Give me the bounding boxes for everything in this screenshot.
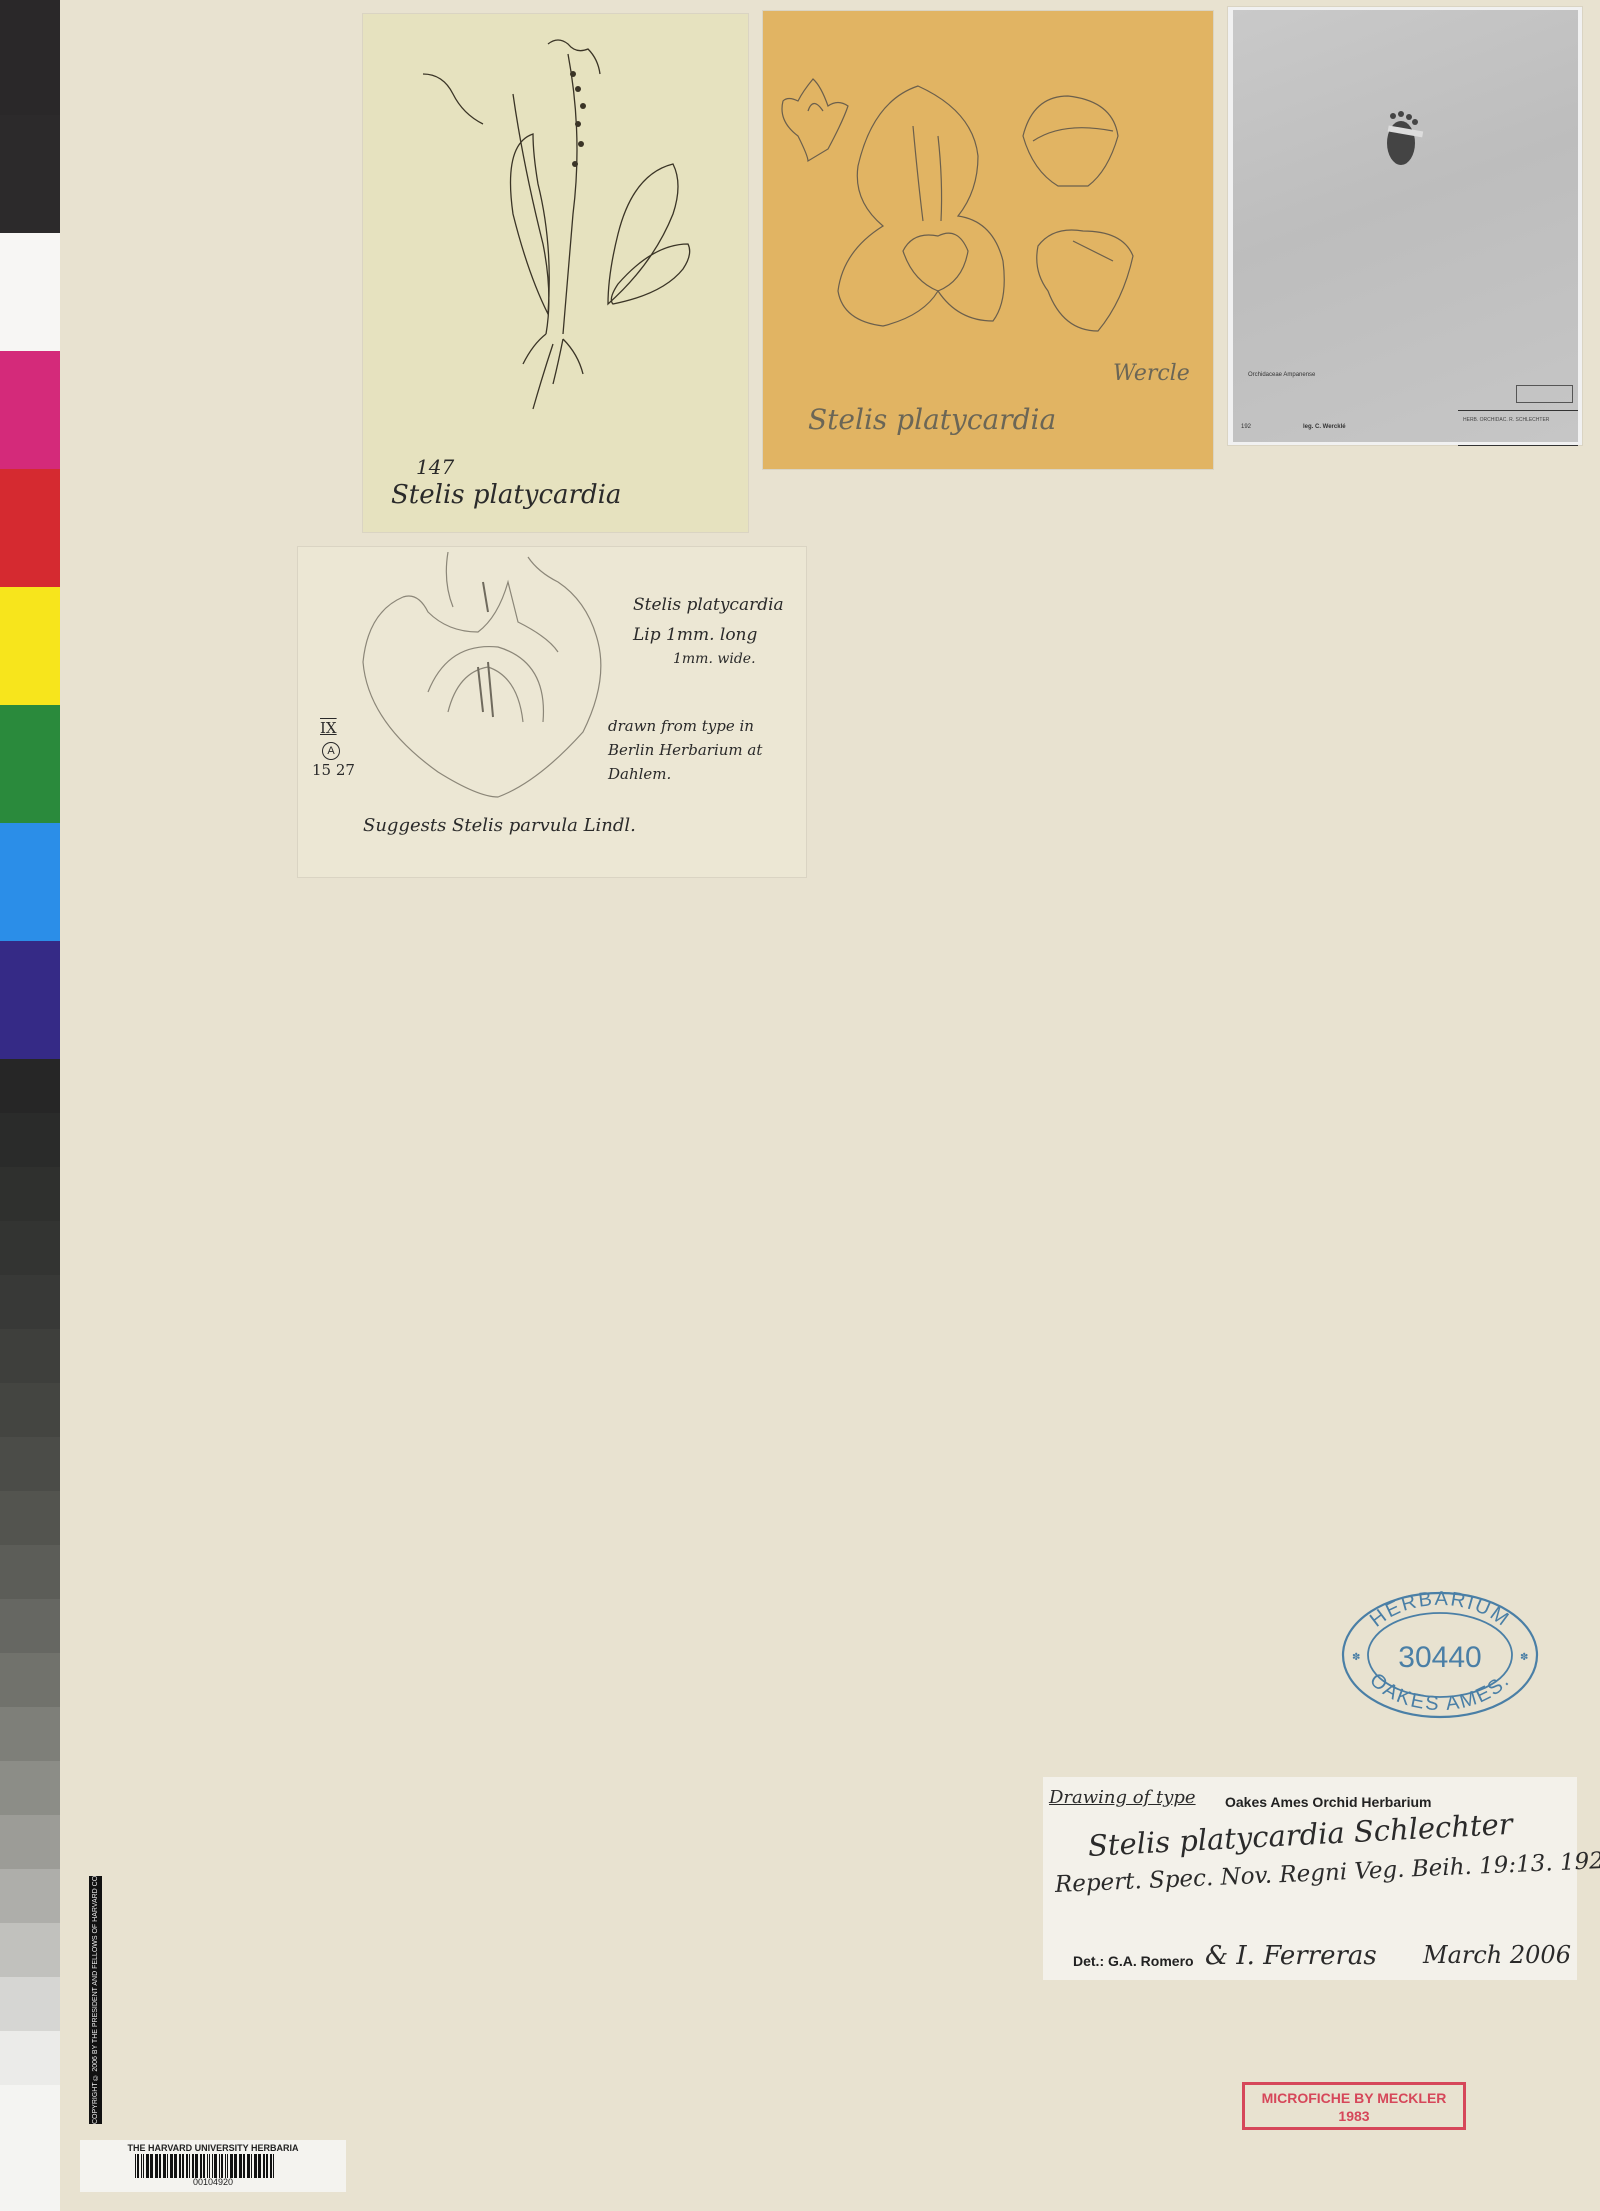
swatch-red — [0, 469, 60, 587]
barcode-label: THE HARVARD UNIVERSITY HERBARIA 00104920 — [80, 2140, 346, 2192]
microfiche-line1: MICROFICHE BY MECKLER — [1245, 2089, 1463, 2107]
swatch-gray-17 — [0, 1923, 60, 1977]
swatch-black — [0, 0, 60, 115]
swatch-gray-20 — [0, 2085, 60, 2211]
swatch-gray-14 — [0, 1761, 60, 1815]
swatch-gray-11 — [0, 1599, 60, 1653]
lip-dims-length: Lip 1mm. long — [633, 625, 757, 645]
swatch-white — [0, 233, 60, 351]
swatch-black-2 — [0, 115, 60, 233]
swatch-yellow — [0, 587, 60, 705]
svg-text:✽: ✽ — [1352, 1652, 1360, 1663]
swatch-gray-7 — [0, 1383, 60, 1437]
swatch-gray-6 — [0, 1329, 60, 1383]
swatch-gray-5 — [0, 1275, 60, 1329]
swatch-gray-10 — [0, 1545, 60, 1599]
photo-number: 192 — [1241, 424, 1251, 430]
lip-note-line3: Dahlem. — [608, 765, 671, 783]
lip-date-month: IX — [320, 719, 337, 737]
svg-text:✽: ✽ — [1520, 1652, 1528, 1663]
swatch-gray-15 — [0, 1815, 60, 1869]
lip-drawing-card: Stelis platycardia Lip 1mm. long 1mm. wi… — [298, 547, 806, 877]
lip-note-line2: Berlin Herbarium at — [608, 741, 762, 759]
swatch-violet — [0, 941, 60, 1059]
photo-small-stamp — [1516, 385, 1573, 403]
microfiche-stamp: MICROFICHE BY MECKLER 1983 — [1242, 2082, 1466, 2130]
determination-label: Drawing of type Oakes Ames Orchid Herbar… — [1043, 1777, 1577, 1980]
swatch-gray-13 — [0, 1707, 60, 1761]
herbarium-accession-stamp: HERBARIUM OAKES AMES. 30440 ✽ ✽ HERBARIU… — [1340, 1590, 1540, 1720]
habit-drawing-card: 147 Stelis platycardia — [363, 14, 748, 532]
label-institution: Oakes Ames Orchid Herbarium — [1225, 1794, 1431, 1810]
swatch-cyan-blue — [0, 823, 60, 941]
photo-collector: leg. C. Wercklé — [1303, 424, 1346, 430]
flower-parts-sketch-icon — [763, 11, 1213, 469]
pressed-specimen-icon — [1373, 108, 1433, 178]
flower-drawing-caption: Stelis platycardia — [808, 403, 1056, 436]
swatch-magenta — [0, 351, 60, 469]
swatch-gray-3 — [0, 1167, 60, 1221]
barcode-icon[interactable] — [133, 2154, 293, 2178]
lip-suggestion: Suggests Stelis parvula Lindl. — [363, 815, 636, 836]
swatch-gray-18 — [0, 1977, 60, 2031]
swatch-gray-8 — [0, 1437, 60, 1491]
flower-drawing-signature: Wercle — [1113, 361, 1190, 386]
photo-rule-bottom — [1458, 445, 1578, 446]
label-det-prefix: Det.: G.A. Romero — [1073, 1953, 1194, 1969]
swatch-gray-12 — [0, 1653, 60, 1707]
svg-text:30440: 30440 — [1398, 1641, 1481, 1674]
swatch-green — [0, 705, 60, 823]
habit-drawing-caption: Stelis platycardia — [391, 480, 621, 510]
label-handwritten-header: Drawing of type — [1049, 1787, 1196, 1808]
type-specimen-photo: Orchidaceae Ampanense 192 leg. C. Werckl… — [1228, 7, 1582, 445]
flower-parts-drawing-card: Wercle Stelis platycardia — [763, 11, 1213, 469]
microfiche-line2: 1983 — [1245, 2107, 1463, 2125]
lip-name: Stelis platycardia — [633, 595, 784, 615]
label-det-date: March 2006 — [1423, 1941, 1571, 1969]
swatch-gray-19 — [0, 2031, 60, 2085]
habit-drawing-number: 147 — [416, 455, 454, 479]
swatch-gray-4 — [0, 1221, 60, 1275]
swatch-gray-9 — [0, 1491, 60, 1545]
label-det-coauthor: & I. Ferreras — [1205, 1941, 1377, 1971]
photo-family-line: Orchidaceae Ampanense — [1248, 372, 1315, 378]
swatch-gray-1 — [0, 1059, 60, 1113]
monogram-letter: A — [327, 745, 334, 757]
barcode-number: 00104920 — [80, 2177, 346, 2187]
lip-note-line1: drawn from type in — [608, 717, 754, 735]
color-calibration-chart — [0, 0, 60, 2211]
lip-date-monogram: A — [322, 742, 340, 760]
swatch-gray-16 — [0, 1869, 60, 1923]
lip-date-year: 15 27 — [312, 761, 355, 779]
oval-stamp-icon: HERBARIUM OAKES AMES. 30440 ✽ ✽ — [1340, 1590, 1540, 1720]
barcode-title: THE HARVARD UNIVERSITY HERBARIA — [80, 2140, 346, 2153]
photo-image-area: Orchidaceae Ampanense 192 leg. C. Werckl… — [1233, 10, 1578, 442]
photo-rule — [1458, 410, 1578, 411]
copyright-strip: COPYRIGHT © 2006 BY THE PRESIDENT AND FE… — [89, 1876, 102, 2124]
photo-herbarium-line: HERB. ORCHIDAC. R. SCHLECHTER — [1463, 417, 1549, 423]
lip-dims-width: 1mm. wide. — [673, 651, 756, 667]
swatch-gray-2 — [0, 1113, 60, 1167]
